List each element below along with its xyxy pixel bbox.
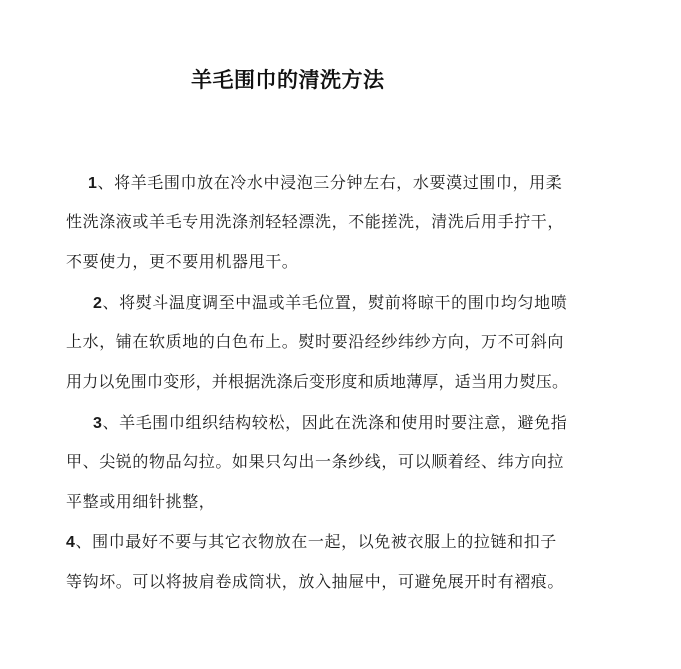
paragraph-number: 4	[66, 534, 76, 551]
document-title: 羊毛围巾的清洗方法	[191, 64, 385, 94]
paragraph-2-line-3: 用力以免围巾变形，并根据洗涤后变形度和质地薄厚，适当用力熨压。	[66, 369, 568, 392]
paragraph-1-line-1: 1、将羊毛围巾放在冷水中浸泡三分钟左右，水要漠过围巾，用柔	[88, 170, 562, 193]
paragraph-number: 2	[93, 295, 103, 312]
paragraph-2-line-2: 上水，铺在软质地的白色布上。熨时要沿经纱纬纱方向，万不可斜向	[66, 329, 564, 352]
paragraph-number: 1	[88, 175, 98, 192]
paragraph-3-line-3: 平整或用细针挑整，	[66, 489, 215, 512]
paragraph-4-line-2: 等钩坏。可以将披肩卷成筒状，放入抽屉中，可避免展开时有褶痕。	[66, 569, 564, 592]
paragraph-2-line-1: 2、将熨斗温度调至中温或羊毛位置，熨前将晾干的围巾均匀地喷	[93, 290, 567, 313]
paragraph-3-line-1: 3、羊毛围巾组织结构较松，因此在洗涤和使用时要注意，避免指	[93, 410, 567, 433]
paragraph-1-line-2: 性洗涤液或羊毛专用洗涤剂轻轻漂洗，不能搓洗，清洗后用手拧干，	[66, 209, 564, 232]
paragraph-number: 3	[93, 415, 103, 432]
paragraph-1-line-3: 不要使力，更不要用机器甩干。	[66, 249, 298, 272]
paragraph-4-line-1: 4、围巾最好不要与其它衣物放在一起，以免被衣服上的拉链和扣子	[66, 529, 557, 552]
paragraph-3-line-2: 甲、尖锐的物品勾拉。如果只勾出一条纱线，可以顺着经、纬方向拉	[66, 449, 564, 472]
